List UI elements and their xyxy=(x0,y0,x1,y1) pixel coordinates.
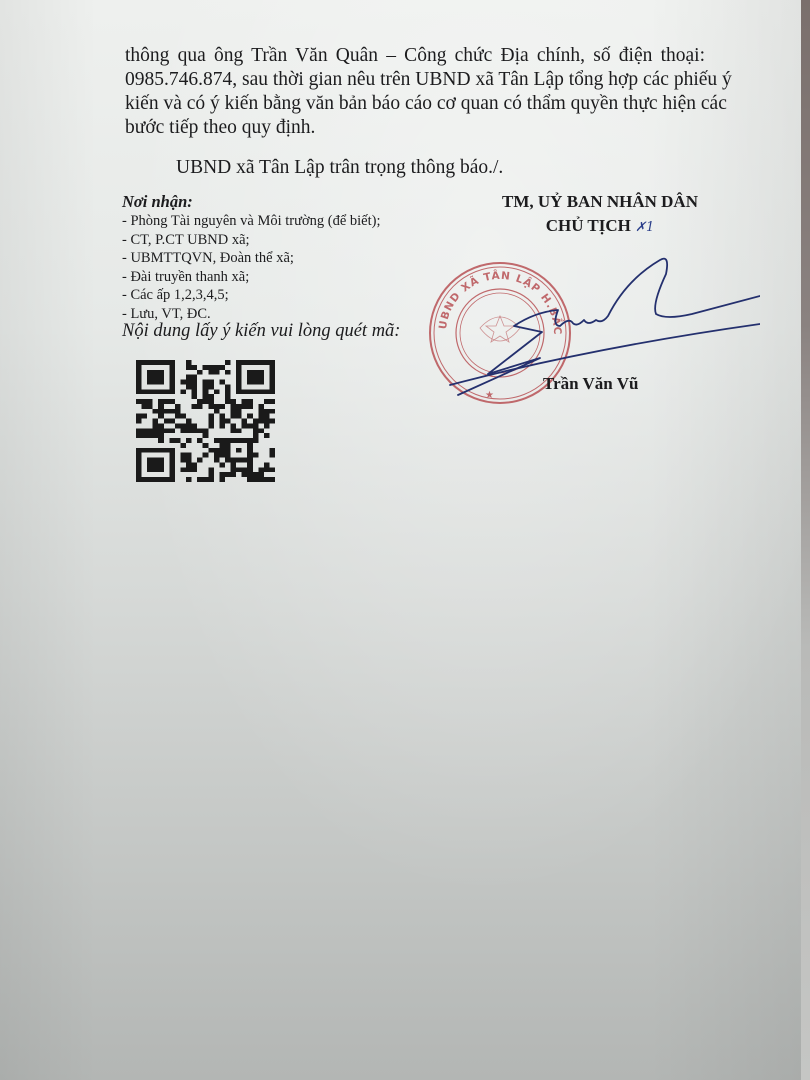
body-line: bước tiếp theo quy định. xyxy=(125,116,705,140)
recipients-list: - Phòng Tài nguyên và Môi trường (để biế… xyxy=(122,212,381,324)
signatory-title-text: CHỦ TỊCH xyxy=(546,216,631,235)
qr-code-icon xyxy=(136,360,275,482)
body-line: 0985.746.874, sau thời gian nêu trên UBN… xyxy=(125,68,705,92)
body-paragraph: thông qua ông Trần Văn Quân – Công chức … xyxy=(125,44,705,140)
recipient-item: - UBMTTQVN, Đoàn thể xã; xyxy=(122,249,381,268)
recipients-heading: Nơi nhận: xyxy=(122,192,381,212)
signatory-title: CHỦ TỊCH ✗1 xyxy=(470,214,730,240)
handwritten-initials: ✗1 xyxy=(635,220,654,235)
recipient-item: - Phòng Tài nguyên và Môi trường (để biế… xyxy=(122,212,381,231)
closing-statement: UBND xã Tân Lập trân trọng thông báo./. xyxy=(176,157,503,179)
scan-instruction: Nội dung lấy ý kiến vui lòng quét mã: xyxy=(122,321,400,342)
recipients-section: Nơi nhận: - Phòng Tài nguyên và Môi trườ… xyxy=(122,192,381,324)
recipient-item: - Đài truyền thanh xã; xyxy=(122,268,381,287)
page-edge xyxy=(801,0,810,1080)
signatory-organization: TM, UỶ BAN NHÂN DÂN xyxy=(470,190,730,214)
signature-block: TM, UỶ BAN NHÂN DÂN CHỦ TỊCH ✗1 xyxy=(470,190,730,240)
body-line: thông qua ông Trần Văn Quân – Công chức … xyxy=(125,44,705,68)
body-line: kiến và có ý kiến bằng văn bản báo cáo c… xyxy=(125,92,705,116)
recipient-item: - Các ấp 1,2,3,4,5; xyxy=(122,286,381,305)
recipient-item: - CT, P.CT UBND xã; xyxy=(122,231,381,250)
signer-name: Trần Văn Vũ xyxy=(543,374,638,394)
